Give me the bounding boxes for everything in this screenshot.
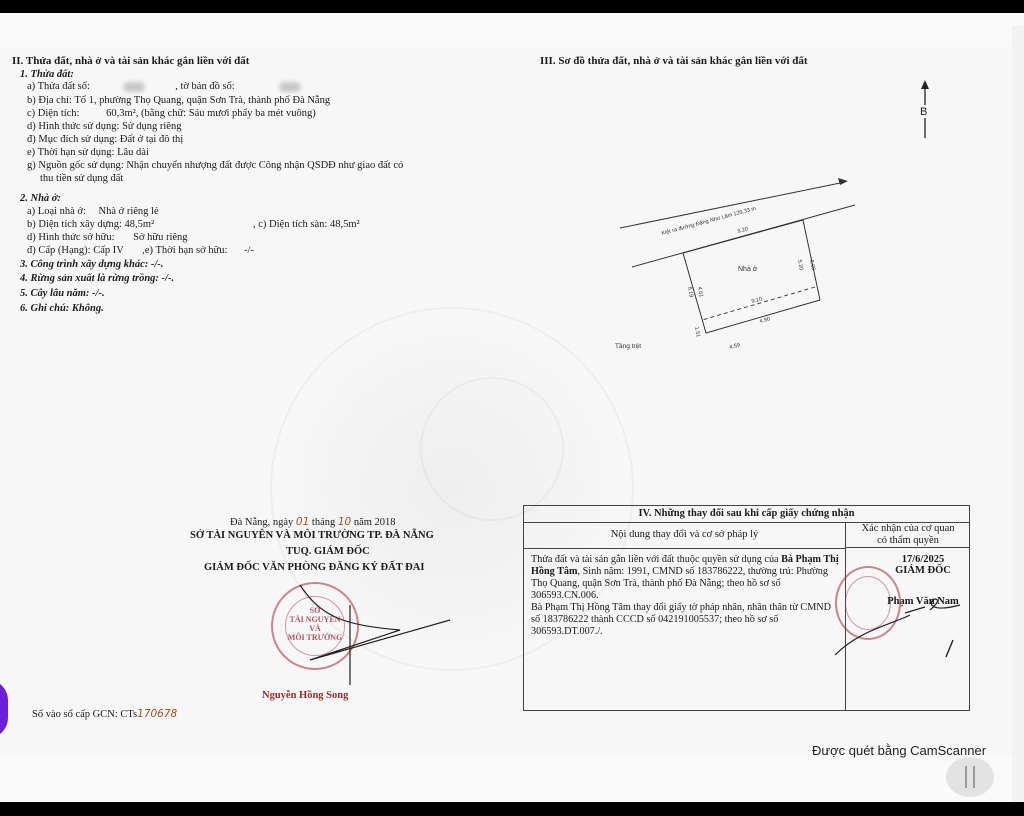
purpose-value: Đất ở tại đô thị [120, 134, 183, 145]
term-row: e) Thời hạn sử dụng: Lâu dài [27, 147, 149, 159]
watermark-emblem-center [420, 377, 564, 521]
ownership-value: Sở hữu riêng [133, 232, 187, 243]
term-value: Lâu dài [117, 147, 149, 158]
svg-text:6.60: 6.60 [808, 259, 816, 271]
svg-text:5.20: 5.20 [796, 259, 804, 271]
house-heading: 2. Nhà ở: [20, 193, 61, 205]
parcel-number-row: a) Thửa đất số: , tờ bản đồ số: [27, 81, 301, 93]
date-day: 01 [296, 516, 309, 528]
signer-name: Nguyễn Hồng Song [262, 690, 348, 702]
built-area-value: 48,5m² [125, 219, 155, 230]
area-value: 60,3m², (bằng chữ: Sáu mươi phẩy ba mét … [106, 108, 316, 119]
registry-label: Số vào sổ cấp GCN: CTs [32, 709, 137, 720]
issue-date: Đà Nẵng, ngày 01 tháng 10 năm 2018 [230, 516, 396, 529]
ownership-row: d) Hình thức sở hữu: Sở hữu riêng [27, 232, 188, 244]
pause-icon [965, 766, 967, 788]
origin-value-cont: thu tiền sử dụng đất [40, 173, 123, 185]
signature-pham-van-nam [830, 585, 970, 675]
redacted-map-sheet [279, 82, 301, 92]
svg-text:6.19: 6.19 [686, 286, 694, 298]
north-label: B [920, 106, 927, 118]
area-label: c) Diện tích: [27, 108, 79, 119]
date-prefix: Đà Nẵng, ngày [230, 517, 293, 528]
date-year: năm 2018 [354, 517, 396, 528]
house-type-row: a) Loại nhà ở: Nhà ở riêng lẻ [27, 206, 159, 218]
svg-text:4.61: 4.61 [696, 286, 704, 298]
use-form-label: d) Hình thức sử dụng: [27, 121, 119, 132]
confirm-date: 17/6/2025 [846, 554, 970, 565]
change-intro: Thửa đất và tài sản gắn liền với đất thu… [531, 554, 779, 565]
house-type-value: Nhà ở riêng lẻ [99, 206, 159, 217]
tuq-title: TUQ. GIÁM ĐỐC [286, 546, 370, 558]
land-heading: 1. Thửa đất: [20, 69, 74, 81]
purpose-label: đ) Mục đích sử dụng: [27, 134, 117, 145]
date-month-prefix: tháng [312, 517, 335, 528]
col-header-content: Nội dung thay đổi và cơ sở pháp lý [524, 522, 846, 549]
col-header-confirm-line1: Xác nhận của cơ quan [846, 523, 970, 535]
page-edge [1012, 26, 1024, 815]
svg-text:Nhà ở: Nhà ở [738, 265, 758, 273]
date-month: 10 [338, 516, 351, 528]
grade-value: Cấp IV [93, 245, 123, 256]
address-label: b) Địa chỉ: [27, 95, 72, 106]
svg-text:Tầng trệt: Tầng trệt [615, 341, 641, 350]
pause-icon-bar [973, 766, 975, 788]
own-term-label: ,e) Thời hạn sở hữu: [142, 245, 227, 256]
bottom-black-bar [0, 802, 1024, 816]
house-type-label: a) Loại nhà ở: [27, 206, 86, 217]
grade-row: đ) Cấp (Hạng): Cấp IV ,e) Thời hạn sở hữ… [27, 245, 254, 257]
own-term-value: -/- [244, 245, 254, 256]
change-content: Thửa đất và tài sản gắn liền với đất thu… [531, 554, 841, 638]
section3-title: III. Sơ đồ thửa đất, nhà ở và tài sản kh… [540, 55, 808, 67]
grade-label: đ) Cấp (Hạng): [27, 245, 91, 256]
use-form-value: Sử dụng riêng [122, 121, 181, 132]
issuing-agency: SỞ TÀI NGUYÊN VÀ MÔI TRƯỜNG TP. ĐÀ NẴNG [190, 530, 434, 542]
floor-area-label: , c) Diện tích sàn: [253, 219, 327, 230]
top-black-bar [0, 0, 1024, 13]
other-construction: 3. Công trình xây dựng khác: -/-. [20, 259, 163, 271]
map-sheet-label: , tờ bản đồ số: [175, 81, 235, 92]
col-header-confirm-line2: có thẩm quyền [846, 535, 970, 547]
notes-info: 6. Ghi chú: Không. [20, 303, 104, 315]
purpose-row: đ) Mục đích sử dụng: Đất ở tại đô thị [27, 134, 183, 146]
signature-nguyen-hong-song [280, 575, 460, 695]
svg-text:4.90: 4.90 [759, 316, 771, 325]
redacted-parcel [123, 82, 145, 92]
address-value: Tổ 1, phường Thọ Quang, quận Sơn Trà, th… [74, 95, 330, 106]
origin-value: Nhận chuyển nhượng đất được Công nhận QS… [126, 160, 403, 171]
section4-title: IV. Những thay đổi sau khi cấp giấy chứn… [524, 506, 969, 523]
ownership-label: d) Hình thức sở hữu: [27, 232, 115, 243]
section2-title: II. Thửa đất, nhà ở và tài sản khác gắn … [12, 55, 249, 67]
use-form-row: d) Hình thức sử dụng: Sử dụng riêng [27, 121, 181, 133]
address-row: b) Địa chỉ: Tổ 1, phường Thọ Quang, quận… [27, 95, 330, 107]
perennial-info: 5. Cây lâu năm: -/-. [20, 288, 105, 300]
forest-info: 4. Rừng sản xuất là rừng trồng: -/-. [20, 273, 174, 285]
svg-text:1.51: 1.51 [693, 326, 701, 338]
camscanner-watermark: Được quét bằng CamScanner [812, 743, 986, 758]
registry-number-row: Số vào sổ cấp GCN: CTs170678 [32, 708, 177, 721]
built-area-row: b) Diện tích xây dựng: 48,5m² [27, 219, 154, 231]
land-parcel-sketch: Kiệt ra đường Đặng Như Lâm 126.33 m Nhà … [610, 175, 880, 355]
svg-text:9.20: 9.20 [737, 226, 749, 235]
origin-label: g) Nguồn gốc sử dụng: [27, 160, 124, 171]
registry-number: 170678 [137, 708, 177, 720]
svg-text:9.10: 9.10 [751, 296, 763, 305]
built-area-label: b) Diện tích xây dựng: [27, 219, 122, 230]
origin-row: g) Nguồn gốc sử dụng: Nhận chuyển nhượng… [27, 160, 403, 172]
svg-text:4.59: 4.59 [729, 342, 741, 351]
parcel-label: a) Thửa đất số: [27, 81, 90, 92]
office-title: GIÁM ĐỐC VĂN PHÒNG ĐĂNG KÝ ĐẤT ĐAI [204, 562, 424, 574]
floor-area-row: , c) Diện tích sàn: 48,5m² [253, 219, 360, 231]
term-label: e) Thời hạn sử dụng: [27, 147, 114, 158]
floor-area-value: 48,5m² [330, 219, 360, 230]
col-header-confirm: Xác nhận của cơ quan có thẩm quyền [846, 522, 970, 548]
pause-button[interactable] [946, 757, 994, 797]
change-id-update: Bà Phạm Thị Hồng Tâm thay đổi giấy tờ ph… [531, 602, 831, 637]
area-row: c) Diện tích: 60,3m², (bằng chữ: Sáu mươ… [27, 108, 316, 120]
